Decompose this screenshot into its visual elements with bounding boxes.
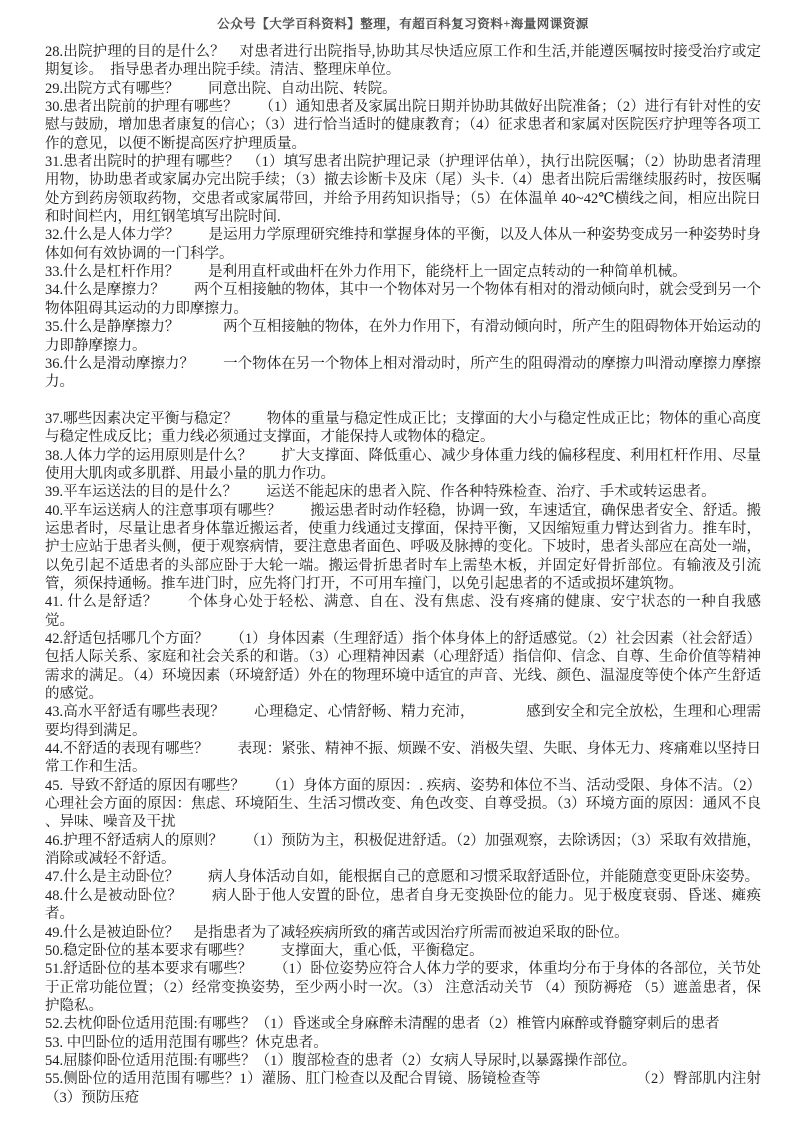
qa-item-51: 51.舒适卧位的基本要求有哪些？ （1）卧位姿势应符合人体力学的要求，体重均分布…: [45, 960, 761, 1015]
qa-item-35: 35.什么是静摩擦力？ 两个互相接触的物体，在外力作用下，有滑动倾向时，所产生的…: [45, 318, 761, 355]
qa-item-38: 38.人体力学的运用原则是什么？ 扩大支撑面、降低重心、减少身体重力线的偏移程度…: [45, 447, 761, 484]
qa-item-39: 39.平车运送法的目的是什么？ 运送不能起床的患者入院、作各种特殊检查、治疗、手…: [45, 483, 761, 501]
qa-item-30: 30.患者出院前的护理有哪些？ （1）通知患者及家属出院日期并协助其做好出院准备…: [45, 98, 761, 153]
qa-item-33: 33.什么是杠杆作用？ 是利用直杆或曲杆在外力作用下，能绕杆上一固定点转动的一种…: [45, 263, 761, 281]
qa-item-44: 44.不舒适的表现有哪些？ 表现：紧张、精神不振、烦躁不安、消极失望、失眠、身体…: [45, 740, 761, 777]
qa-item-34: 34.什么是摩擦力？ 两个互相接触的物体，其中一个物体对另一个物体有相对的滑动倾…: [45, 281, 761, 318]
qa-item-54: 54.屈膝仰卧位适用范围:有哪些？（1）腹部检查的患者（2）女病人导尿时,以暴露…: [45, 1052, 761, 1070]
qa-item-43: 43.高水平舒适有哪些表现？ 心理稳定、心情舒畅、精力充沛， 感到安全和完全放松…: [45, 703, 761, 740]
qa-item-31: 31.患者出院时的护理有哪些？ （1）填写患者出院护理记录（护理评估单），执行出…: [45, 153, 761, 226]
qa-item-55: 55.侧卧位的适用范围有哪些？1）灌肠、肛门检查以及配合胃镜、肠镜检查等 （2）…: [45, 1070, 761, 1107]
qa-item-46: 46.护理不舒适病人的原则？ （1）预防为主，积极促进舒适。（2）加强观察，去除…: [45, 832, 761, 869]
qa-item-42: 42.舒适包括哪几个方面？ （1）身体因素（生理舒适）指个体身体上的舒适感觉。（…: [45, 630, 761, 703]
qa-item-53: 53. 中凹卧位的适用范围有哪些？休克患者。: [45, 1034, 761, 1052]
qa-item-29: 29.出院方式有哪些？ 同意出院、自动出院、转院。: [45, 80, 761, 98]
qa-item-28: 28.出院护理的目的是什么？ 对患者进行出院指导,协助其尽快适应原工作和生活,并…: [45, 43, 761, 80]
qa-item-36: 36.什么是滑动摩擦力？ 一个物体在另一个物体上相对滑动时，所产生的阻碍滑动的摩…: [45, 355, 761, 392]
qa-item-49: 49.什么是被迫卧位？ 是指患者为了减轻疾病所致的痛苦或因治疗所需而被迫采取的卧…: [45, 924, 761, 942]
qa-item-52: 52.去枕仰卧位适用范围:有哪些？（1）昏迷或全身麻醉未清醒的患者（2）椎管内麻…: [45, 1015, 761, 1033]
qa-list: 28.出院护理的目的是什么？ 对患者进行出院指导,协助其尽快适应原工作和生活,并…: [45, 43, 761, 1107]
qa-item-45: 45. 导致不舒适的原因有哪些？ （1）身体方面的原因：. 疾病、姿势和体位不当…: [45, 777, 761, 832]
qa-item-47: 47.什么是主动卧位？ 病人身体活动自如，能根据自己的意愿和习惯采取舒适卧位，并…: [45, 868, 761, 886]
document-page: 公众号【大学百科资料】整理，有超百科复习资料+海量网课资源 28.出院护理的目的…: [0, 0, 793, 1122]
qa-item-32: 32.什么是人体力学？ 是运用力学原理研究维持和掌握身体的平衡，以及人体从一种姿…: [45, 226, 761, 263]
qa-item-48: 48.什么是被动卧位？ 病人卧于他人安置的卧位，患者自身无变换卧位的能力。见于极…: [45, 887, 761, 924]
qa-item-50: 50.稳定卧位的基本要求有哪些？ 支撑面大，重心低，平衡稳定。: [45, 942, 761, 960]
qa-item-37: 37.哪些因素决定平衡与稳定？ 物体的重量与稳定性成正比；支撑面的大小与稳定性成…: [45, 410, 761, 447]
qa-item-40: 40.平车运送病人的注意事项有哪些？ 搬运患者时动作轻稳，协调一致，车速适宜，确…: [45, 502, 761, 594]
qa-item-41: 41. 什么是舒适？ 个体身心处于轻松、满意、自在、没有焦虑、没有疼痛的健康、安…: [45, 593, 761, 630]
page-header-note: 公众号【大学百科资料】整理，有超百科复习资料+海量网课资源: [45, 14, 761, 32]
